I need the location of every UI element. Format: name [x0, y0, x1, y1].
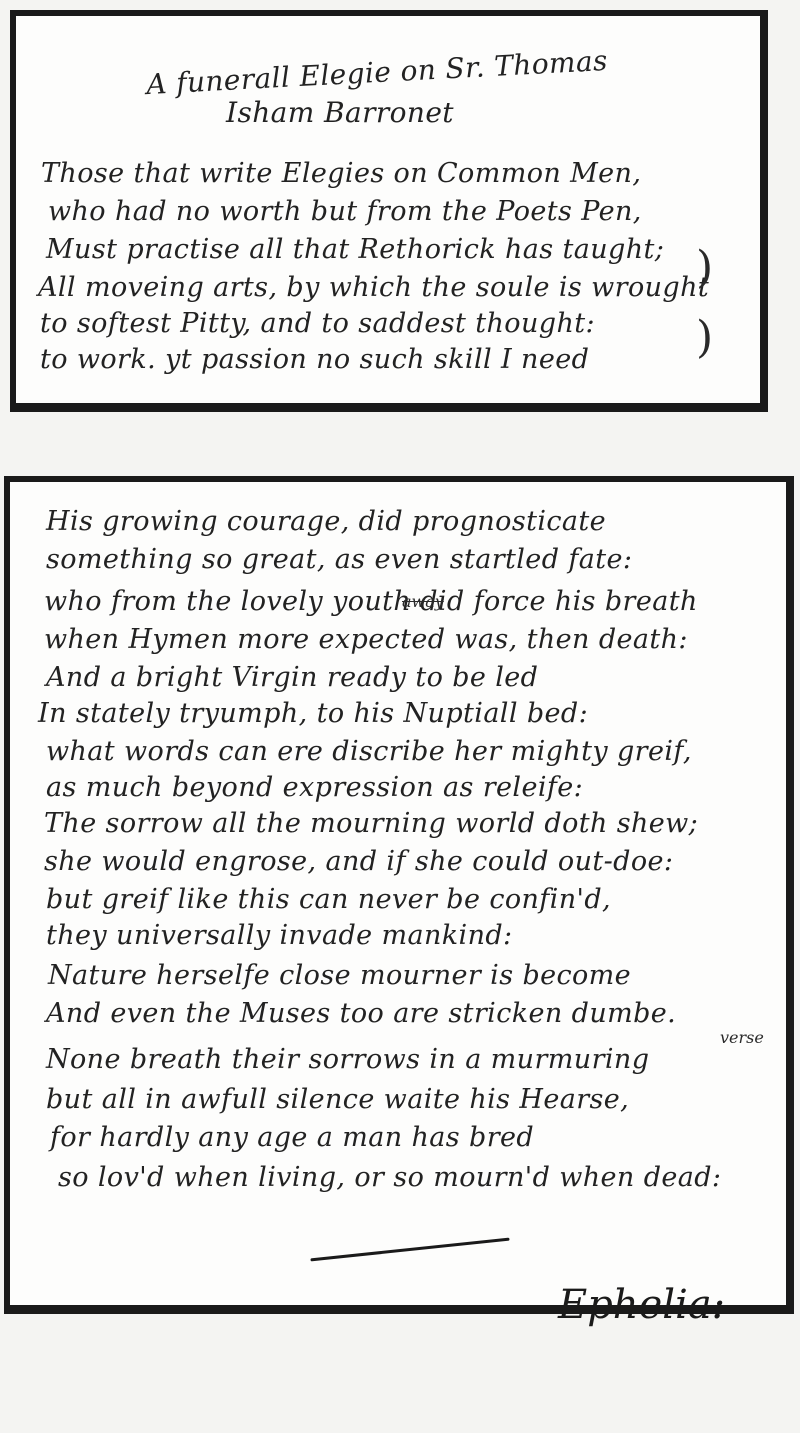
verse-line: Nature herselfe close mourner is become — [48, 960, 631, 991]
verse-line: she would engrose, and if she could out-… — [44, 846, 673, 877]
verse-line: All moveing arts, by which the soule is … — [38, 272, 709, 303]
poem-title-line-2: Isham Barronet — [226, 96, 454, 129]
verse-line: but all in awfull silence waite his Hear… — [46, 1084, 629, 1115]
verse-line: to work. yt passion no such skill I need — [40, 344, 589, 375]
verse-line: None breath their sorrows in a murmuring — [46, 1044, 649, 1075]
verse-line: they universally invade mankind: — [46, 920, 513, 951]
verse-line: Those that write Elegies on Common Men, — [41, 158, 641, 189]
closing-flourish — [310, 1238, 509, 1262]
verse-line: to softest Pitty, and to saddest thought… — [40, 308, 595, 339]
verse-line: as much beyond expression as releife: — [46, 772, 583, 803]
verse-line: but greif like this can never be confin'… — [46, 884, 611, 915]
manuscript-page-top: A funerall Elegie on Sr. Thomas Isham Ba… — [10, 10, 768, 412]
verse-line: And even the Muses too are stricken dumb… — [46, 998, 676, 1029]
verse-line: so lov'd when living, or so mourn'd when… — [58, 1162, 721, 1193]
verse-line: for hardly any age a man has bred — [50, 1122, 534, 1153]
verse-line: His growing courage, did prognosticate — [46, 506, 606, 537]
verse-line: when Hymen more expected was, then death… — [44, 624, 688, 655]
verse-line: Must practise all that Rethorick has tau… — [46, 234, 664, 265]
verse-line: something so great, as even startled fat… — [46, 544, 632, 575]
verse-line: And a bright Virgin ready to be led — [46, 662, 538, 693]
verse-line: what words can ere discribe her mighty g… — [46, 736, 692, 767]
triplet-bracket: ) — [696, 242, 713, 293]
manuscript-page-bottom: His growing courage, did prognosticate s… — [4, 476, 794, 1314]
verse-line: The sorrow all the mourning world doth s… — [44, 808, 698, 839]
verse-line: who had no worth but from the Poets Pen, — [48, 196, 642, 227]
poem-title-line-1: A funerall Elegie on Sr. Thomas — [145, 44, 608, 101]
verse-line: who from the lovely youth did force his … — [44, 586, 698, 617]
author-signature: Ephelia: — [558, 1282, 725, 1328]
triplet-bracket: ) — [696, 312, 713, 363]
struck-word: away — [402, 592, 444, 611]
verse-line: In stately tryumph, to his Nuptiall bed: — [38, 698, 588, 729]
inserted-word: verse — [720, 1028, 764, 1047]
